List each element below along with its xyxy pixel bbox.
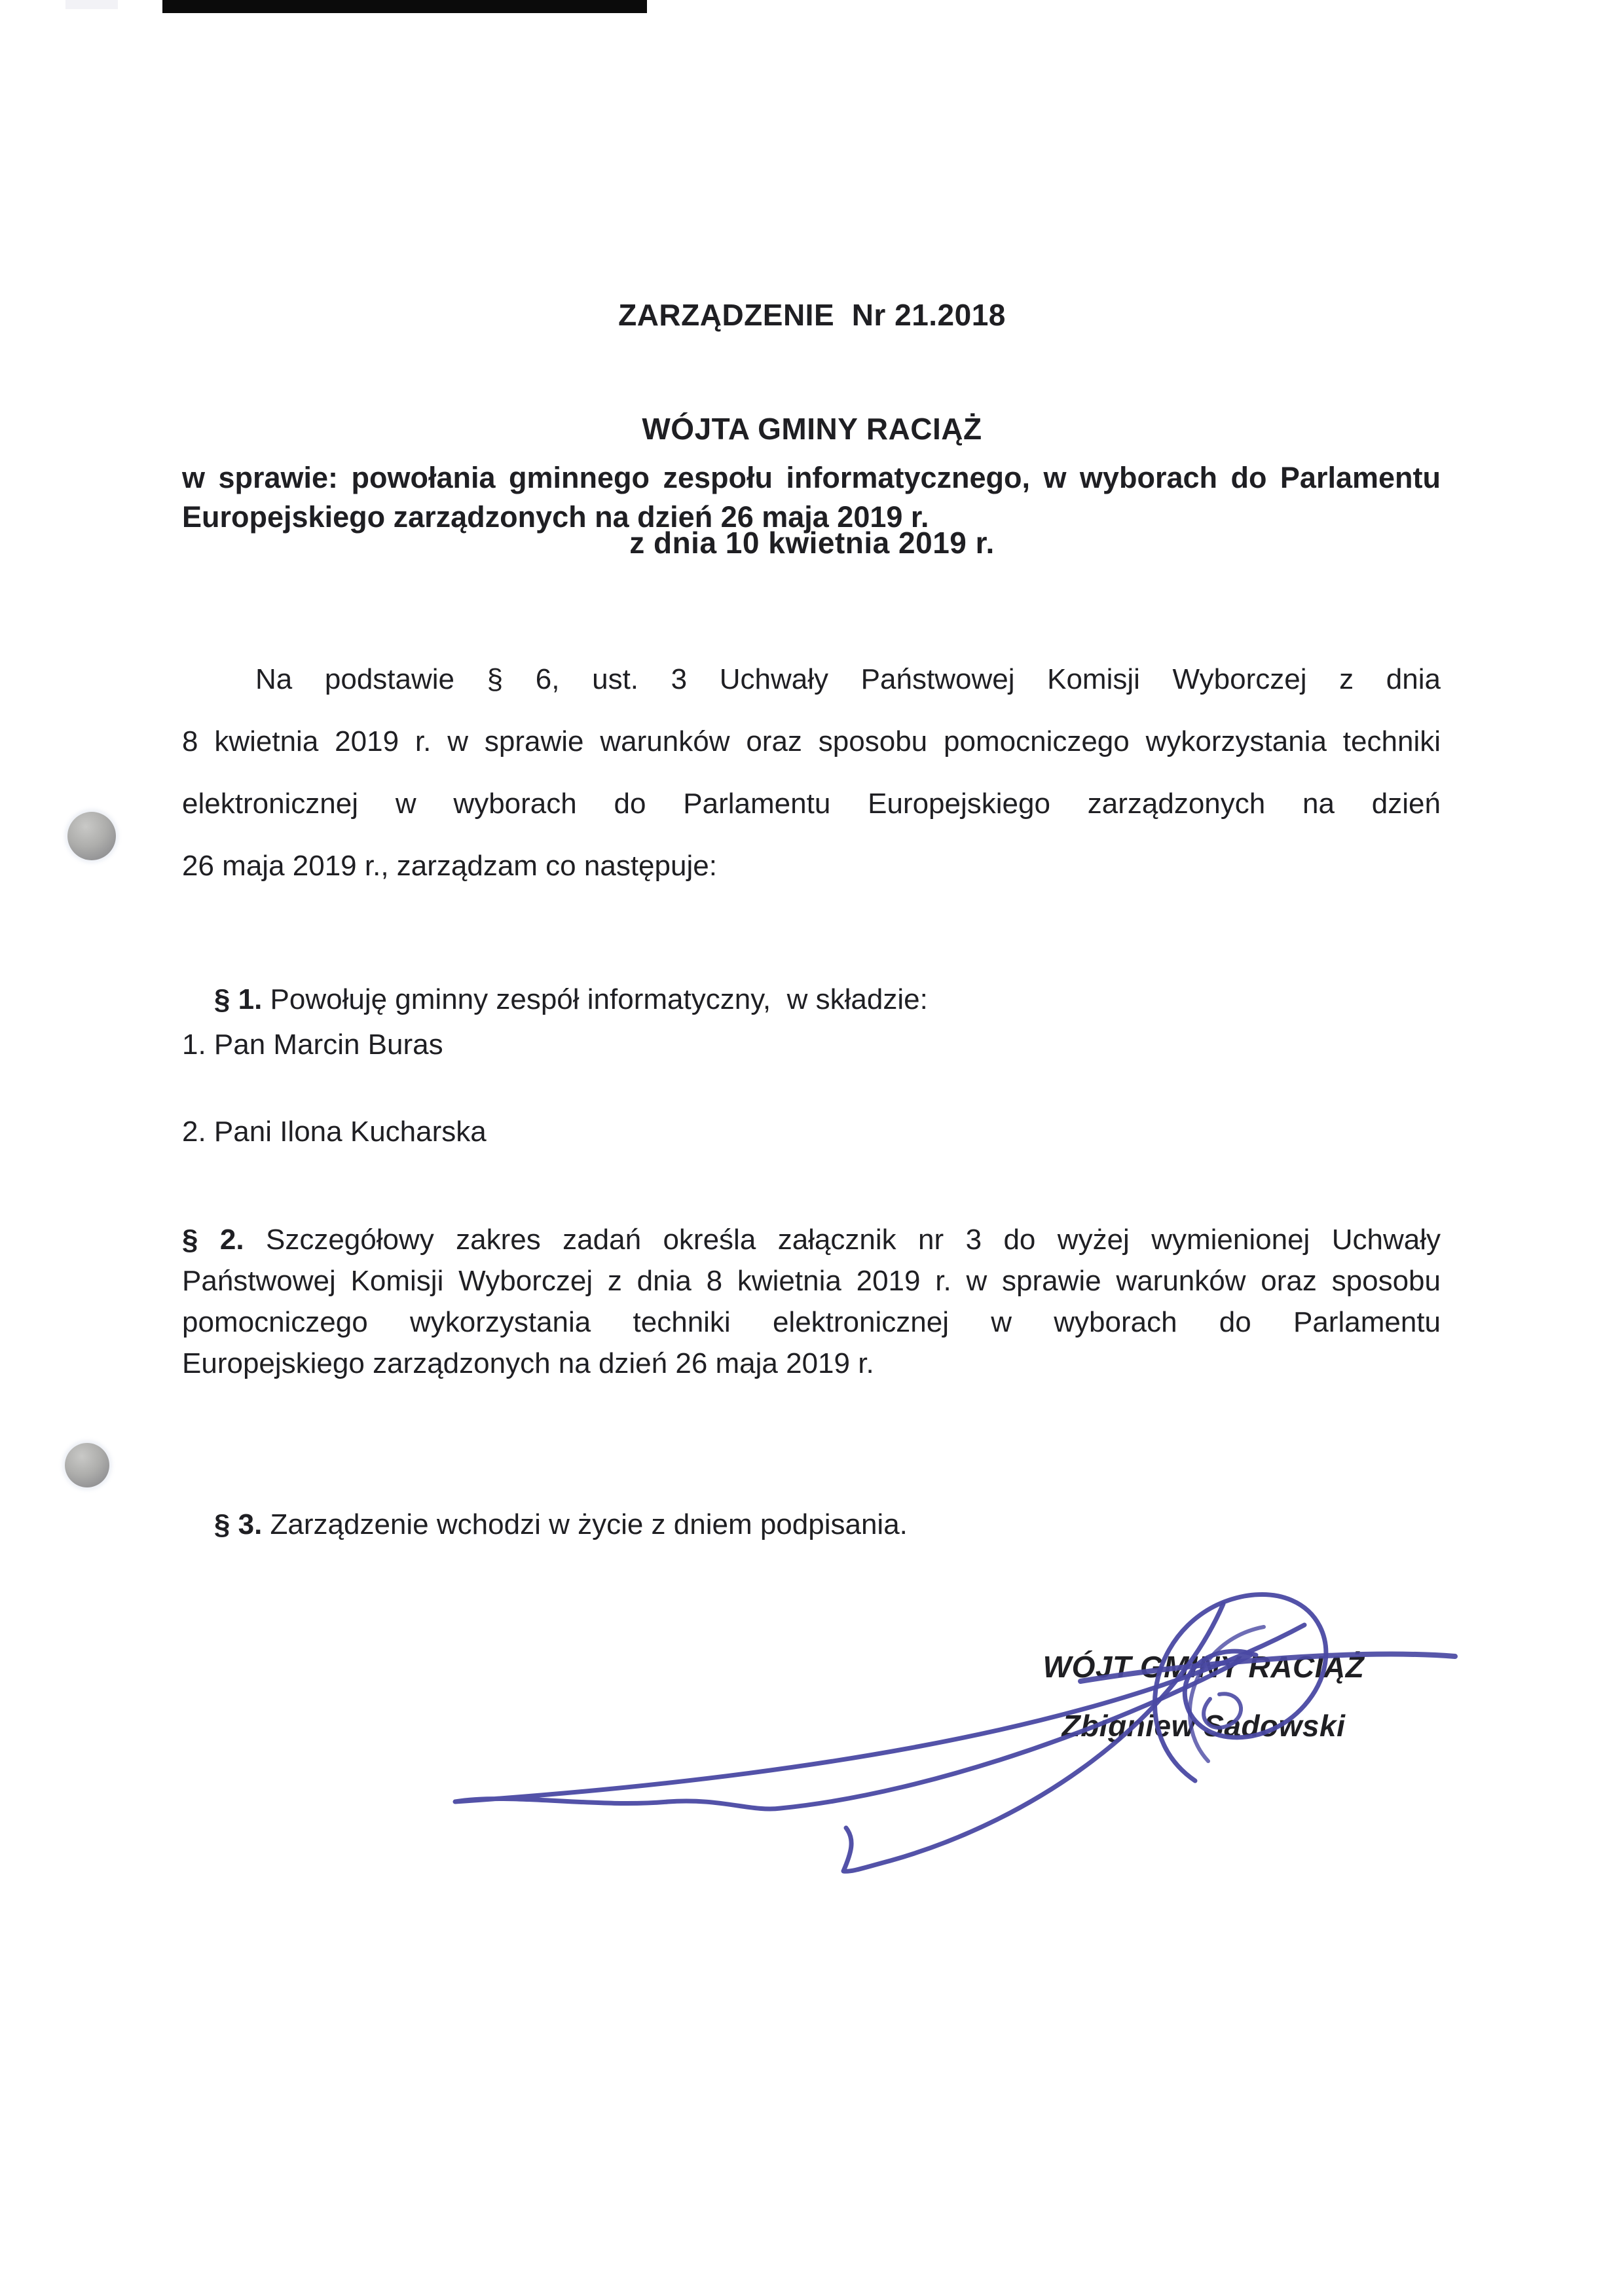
legal-basis-line-4: 26 maja 2019 r., zarządzam co następuje: <box>182 835 1441 897</box>
subject-line-2: Europejskiego zarządzonych na dzień 26 m… <box>182 498 1441 537</box>
member-list-item-1: 1. Pan Marcin Buras <box>182 1025 1441 1065</box>
legal-basis-line-1: Na podstawie § 6, ust. 3 Uchwały Państwo… <box>182 648 1441 710</box>
subject-line-1: w sprawie: powołania gminnego zespołu in… <box>182 458 1441 498</box>
member-list-item-2: 2. Pani Ilona Kucharska <box>182 1112 1441 1152</box>
legal-basis-paragraph: Na podstawie § 6, ust. 3 Uchwały Państwo… <box>182 648 1441 897</box>
scan-artifact-bar <box>162 0 647 13</box>
section-1-number: § 1. <box>214 983 262 1015</box>
title-line-number: ZARZĄDZENIE Nr 21.2018 <box>0 296 1624 334</box>
section-2-line-4: Europejskiego zarządzonych na dzień 26 m… <box>182 1343 1441 1384</box>
section-2-paragraph: § 2. Szczegółowy zakres zadań określa za… <box>182 1219 1441 1384</box>
scan-artifact-smudge <box>65 0 118 9</box>
hole-punch-top <box>67 812 116 860</box>
signature-office-title: WÓJT GMINY RACIĄŻ <box>1024 1647 1384 1686</box>
legal-basis-line-3: elektronicznej w wyborach do Parlamentu … <box>182 773 1441 835</box>
section-3-number: § 3. <box>214 1508 262 1540</box>
subject-paragraph: w sprawie: powołania gminnego zespołu in… <box>182 458 1441 537</box>
document-title: ZARZĄDZENIE Nr 21.2018 WÓJTA GMINY RACIĄ… <box>0 220 1624 638</box>
scanned-document-page: ZARZĄDZENIE Nr 21.2018 WÓJTA GMINY RACIĄ… <box>0 0 1624 2296</box>
section-1-text: Powołuję gminny zespół informatyczny, w … <box>262 983 928 1015</box>
section-2-number: § 2. <box>182 1224 244 1256</box>
section-3-text: Zarządzenie wchodzi w życie z dniem podp… <box>262 1508 908 1540</box>
section-2-line-1: § 2. Szczegółowy zakres zadań określa za… <box>182 1219 1441 1260</box>
title-line-issuer: WÓJTA GMINY RACIĄŻ <box>0 410 1624 448</box>
section-2-line-1-text: Szczegółowy zakres zadań określa załączn… <box>244 1224 1441 1256</box>
hole-punch-bottom <box>65 1443 109 1487</box>
legal-basis-line-2: 8 kwietnia 2019 r. w sprawie warunków or… <box>182 710 1441 773</box>
section-3-paragraph: § 3. Zarządzenie wchodzi w życie z dniem… <box>182 1466 1441 1584</box>
signature-person-name: Zbigniew Sadowski <box>1024 1706 1384 1745</box>
section-2-line-3: pomocniczego wykorzystania techniki elek… <box>182 1302 1441 1343</box>
section-2-line-2: Państwowej Komisji Wyborczej z dnia 8 kw… <box>182 1260 1441 1302</box>
